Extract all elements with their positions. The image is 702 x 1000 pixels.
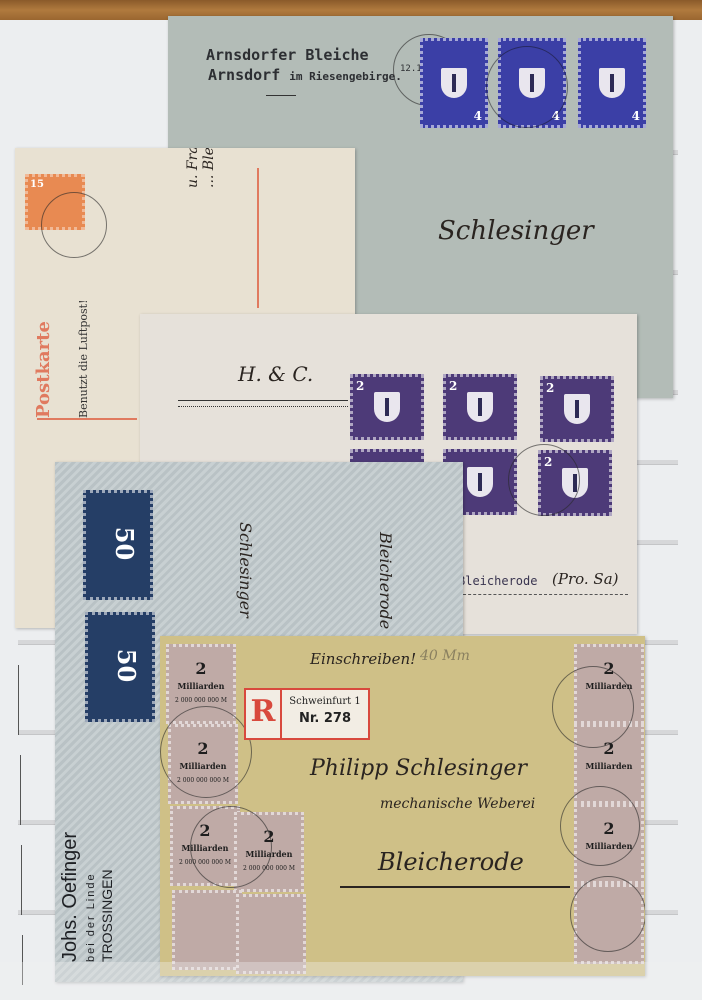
destination-hand: (Pro. Sa)	[552, 570, 619, 588]
stamp-2-milliarden	[172, 890, 242, 970]
sender-line-1: Arnsdorfer Bleiche	[206, 46, 369, 64]
registration-office: Schweinfurt 1	[282, 696, 368, 707]
city: Bleicherode	[378, 848, 524, 876]
handwritten-city: Bleicherode	[376, 532, 395, 629]
pocket-edge	[18, 665, 19, 735]
pocket-edge	[21, 845, 22, 915]
sender-name: Johs. Oefinger	[59, 832, 82, 962]
postkarte-label: Postkarte	[33, 321, 54, 418]
instruction: Einschreiben!	[310, 650, 416, 668]
postmark-schweinfurt	[552, 666, 634, 748]
pencil-note: 40 Mm	[420, 648, 470, 664]
divider	[266, 95, 296, 96]
cover-schweinfurt: 2Milliarden2 000 000 000 M 2Milliarden2 …	[160, 636, 645, 976]
addressee: Philipp Schlesinger	[310, 756, 527, 781]
postmark-schweinfurt	[160, 706, 252, 798]
postmark-schweinfurt	[570, 876, 645, 952]
handwriting: u. Frau ... Schlesinger ... Bleicherode	[185, 148, 217, 188]
postmark-schweinfurt	[190, 806, 272, 888]
rule	[178, 400, 348, 401]
rule	[458, 594, 628, 595]
postmark-frankfurt	[41, 192, 107, 258]
sender-address: bei der Linde	[85, 872, 97, 962]
postmark-schweinfurt	[560, 786, 640, 866]
pocket-edge	[20, 755, 21, 825]
album-sleeve	[0, 962, 702, 1000]
rule	[178, 406, 348, 407]
stamp-2-mark: 2	[540, 376, 614, 442]
occupation: mechanische Weberei	[380, 796, 535, 812]
stamp-4-mark: 4	[578, 38, 646, 128]
divider	[257, 168, 259, 308]
handwritten-addressee: Schlesinger	[236, 522, 255, 618]
sender-town: TROSSINGEN	[99, 869, 115, 962]
registration-number: Nr. 278	[282, 711, 368, 726]
handwritten-addressee: Schlesinger	[438, 216, 594, 246]
registration-letter: R	[246, 690, 282, 738]
stamp-50-mark: 50	[83, 490, 153, 600]
divider	[37, 418, 137, 420]
postmark	[508, 444, 580, 516]
stamp-2-mark: 2	[350, 374, 424, 440]
letterhead: H. & C.	[238, 362, 313, 386]
luftpost-slogan: Benutzt die Luftpost!	[77, 300, 90, 419]
destination-typed: Bleicherode	[458, 574, 537, 588]
stamp-4-mark: 4	[420, 38, 488, 128]
stamp-2-mark: 2	[443, 374, 517, 440]
postmark-cancel	[486, 46, 568, 128]
registration-label: R Schweinfurt 1Nr. 278	[244, 688, 370, 740]
underline	[340, 886, 570, 888]
stamp-50-mark: 50	[85, 612, 155, 722]
sender-line-2: Arnsdorf im Riesengebirge.	[208, 66, 402, 84]
